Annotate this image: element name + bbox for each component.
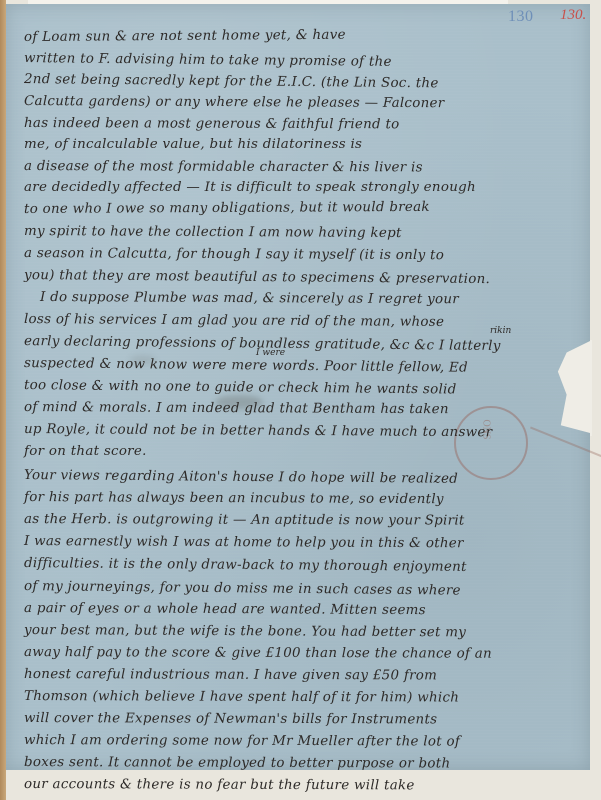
album-mount-edge: [0, 0, 6, 800]
letter-line: written to F. advising him to take my pr…: [24, 59, 392, 63]
letter-line: our accounts & there is no fear but the …: [24, 785, 415, 786]
letter-line: a season in Calcutta, for though I say i…: [24, 254, 444, 256]
letter-line: too close & with no one to guide or chec…: [24, 386, 457, 391]
letter-line: of my journeyings, for you do miss me in…: [24, 587, 461, 592]
letter-line: to one who I owe so many obligations, bu…: [24, 208, 430, 210]
letter-line: as the Herb. is outgrowing it — An aptit…: [24, 520, 465, 522]
letter-line: your best man, but the wife is the bone.…: [24, 631, 466, 633]
letter-line: difficulties. it is the only draw-back t…: [24, 564, 467, 568]
letter-line: you) that they are most beautiful as to …: [24, 276, 490, 280]
folio-number-stamp: 130: [508, 8, 534, 26]
letter-line: I do suppose Plumbe was mad, & sincerely…: [40, 298, 459, 300]
letter-line: away half pay to the score & give £100 t…: [24, 653, 492, 655]
letter-line: suspected & now know were mere words. Po…: [24, 364, 468, 369]
letter-line: my spirit to have the collection I am no…: [24, 232, 402, 234]
letter-line: 2nd set being sacredly kept for the E.I.…: [24, 80, 439, 84]
letter-line: up Royle, it could not be in better hand…: [24, 430, 492, 433]
letter-line: early declaring professions of boundless…: [24, 342, 501, 347]
letter-line: of Loam sun & are not sent home yet, & h…: [24, 36, 346, 38]
letter-line: Calcutta gardens) or any where else he p…: [24, 102, 444, 104]
letter-line: which I am ordering some now for Mr Muel…: [24, 741, 460, 743]
letter-line: will cover the Expenses of Newman's bill…: [24, 719, 437, 720]
postmark-circle: [454, 406, 528, 480]
letter-line: boxes sent. It cannot be employed to bet…: [24, 763, 450, 764]
letter-line: for his part has always been an incubus …: [24, 498, 444, 500]
folio-number-pencil: 130.: [560, 7, 586, 24]
letter-line: a pair of eyes or a whole head are wante…: [24, 609, 426, 611]
letter-line: a disease of the most formidable charact…: [24, 167, 423, 168]
letter-line: honest careful industrious man. I have g…: [24, 675, 437, 676]
letter-line: Your views regarding Aiton's house I do …: [24, 476, 458, 480]
letter-line: has indeed been a most generous & faithf…: [24, 124, 400, 125]
letter-line: of mind & morals. I am indeed glad that …: [24, 408, 449, 410]
letter-line: loss of his services I am glad you are r…: [24, 320, 444, 323]
letter-line: I was earnestly wish I was at home to he…: [24, 542, 464, 544]
letter-line: Thomson (which believe I have spent half…: [24, 697, 459, 699]
